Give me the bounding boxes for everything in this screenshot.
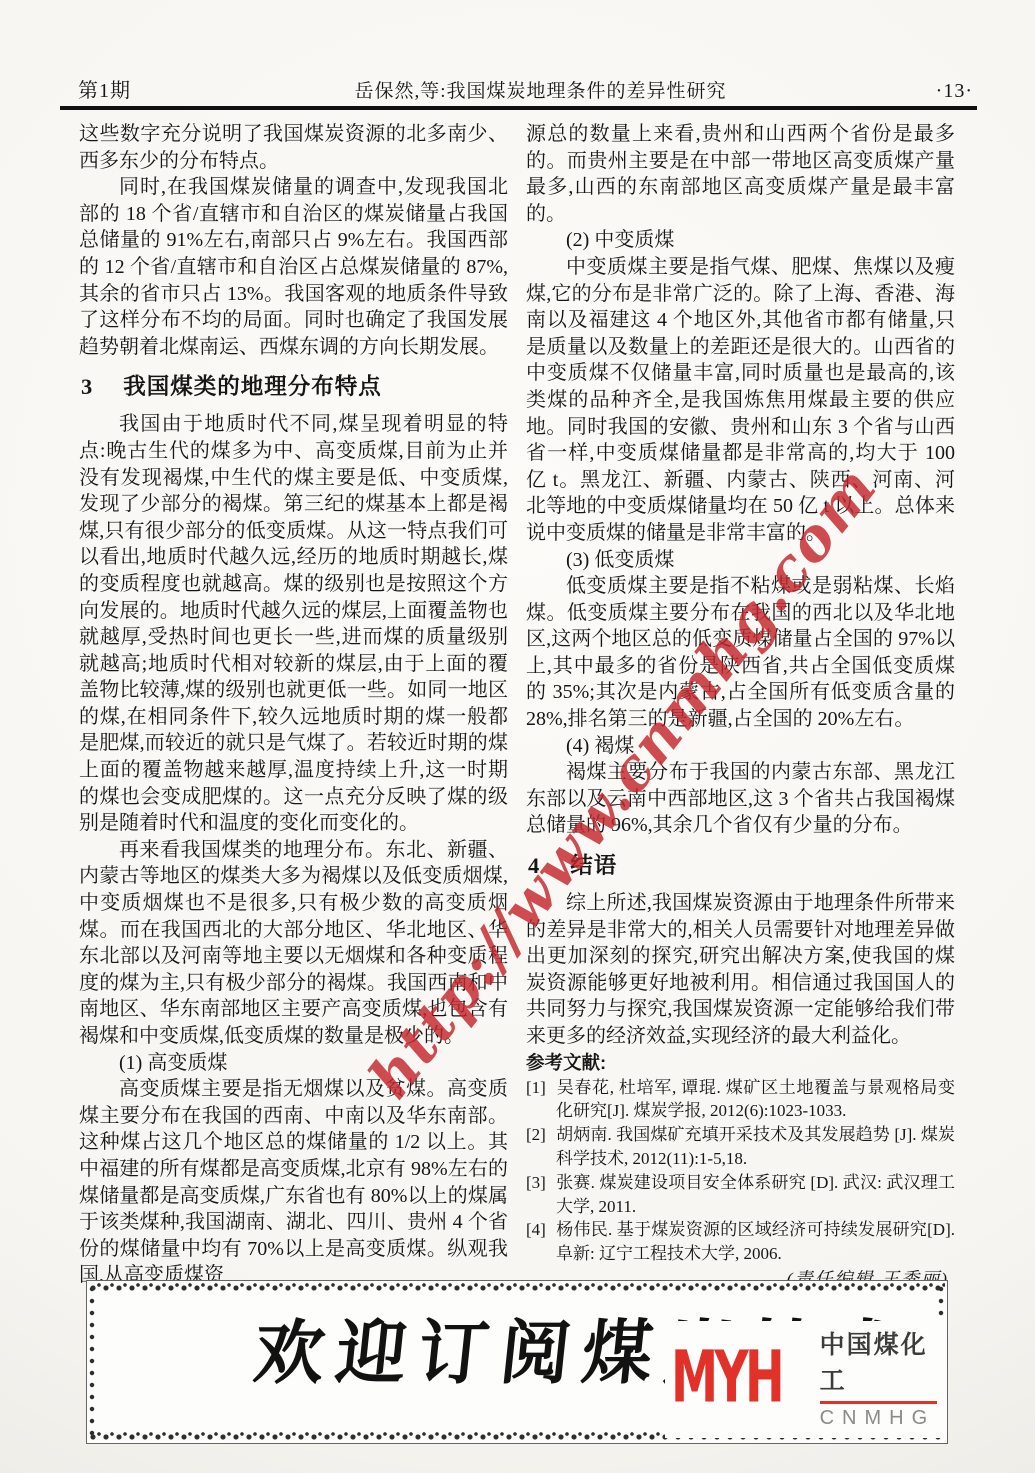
paragraph: 再来看我国煤类的地理分布。东北、新疆、内蒙古等地区的煤类大多为褐煤以及低变质烟煤… <box>79 837 508 1050</box>
running-title: 岳保然,等:我国煤炭地理条件的差异性研究 <box>168 76 913 103</box>
paragraph: 这些数字充分说明了我国煤炭资源的北多南少、西多东少的分布特点。 <box>79 121 508 174</box>
paragraph: 同时,在我国煤炭储量的调查中,发现我国北部的 18 个省/直辖市和自治区的煤炭储… <box>79 174 508 360</box>
cnmhg-logo-icon: MYH <box>671 1342 781 1414</box>
section-number: 3 <box>81 372 93 402</box>
lace-border-left <box>87 1283 98 1441</box>
page-header: 第1期 岳保然,等:我国煤炭地理条件的差异性研究 ·13· <box>78 74 973 109</box>
subscription-banner: 欢迎订阅煤炭技术 MYH 中国煤化工 CNMHG <box>86 1280 948 1444</box>
subheading-2: (2) 中变质煤 <box>526 227 955 254</box>
paragraph: 中变质煤主要是指气煤、肥煤、焦煤以及瘦煤,它的分布是非常广泛的。除了上海、香港、… <box>526 254 955 547</box>
lace-border-top <box>89 1281 945 1294</box>
right-column: 源总的数量上来看,贵州和山西两个省份是最多的。而贵州主要是在中部一带地区高变质煤… <box>526 121 955 1293</box>
paragraph: 综上所述,我国煤炭资源由于地理条件所带来的差异是非常大的,相关人员需要针对地理差… <box>526 890 955 1050</box>
cnmhg-logo-text: 中国煤化工 CNMHG <box>820 1325 937 1430</box>
section-title: 结语 <box>570 851 617 881</box>
page-number: ·13· <box>913 80 973 103</box>
subheading-1: (1) 高变质煤 <box>79 1050 508 1077</box>
subheading-3: (3) 低变质煤 <box>526 547 955 574</box>
logo-en-name: CNMHG <box>820 1407 937 1430</box>
issue-label: 第1期 <box>78 74 168 103</box>
reference-number: [3] <box>526 1171 556 1195</box>
paragraph: 褐煤主要分布于我国的内蒙古东部、黑龙江东部以及云南中西部地区,这 3 个省共占我… <box>526 759 955 839</box>
paragraph: 我国由于地质时代不同,煤呈现着明显的特点:晚古生代的煤多为中、高变质煤,目前为止… <box>79 411 508 837</box>
reference-item: [2]胡炳南. 我国煤矿充填开采技术及其发展趋势 [J]. 煤炭科学技术, 20… <box>526 1123 955 1171</box>
section-number: 4 <box>528 851 540 881</box>
two-column-body: 这些数字充分说明了我国煤炭资源的北多南少、西多东少的分布特点。 同时,在我国煤炭… <box>79 121 955 1293</box>
logo-red-rule <box>820 1401 937 1404</box>
reference-item: [4]杨伟民. 基于煤炭资源的区域经济可持续发展研究[D]. 阜新: 辽宁工程技… <box>526 1218 955 1266</box>
header-rule <box>60 106 977 110</box>
left-column: 这些数字充分说明了我国煤炭资源的北多南少、西多东少的分布特点。 同时,在我国煤炭… <box>79 121 508 1289</box>
section-title: 我国煤类的地理分布特点 <box>123 372 382 402</box>
reference-item: [1]吴春花, 杜培军, 谭琨. 煤矿区土地覆盖与景观格局变化研究[J]. 煤炭… <box>526 1076 955 1124</box>
reference-item: [3]张赛. 煤炭建设项目安全体系研究 [D]. 武汉: 武汉理工大学, 201… <box>526 1171 955 1219</box>
references-heading: 参考文献: <box>526 1050 955 1076</box>
reference-text: 吴春花, 杜培军, 谭琨. 煤矿区土地覆盖与景观格局变化研究[J]. 煤炭学报,… <box>556 1078 955 1121</box>
section-heading-4: 4 结语 <box>526 851 955 881</box>
cnmhg-logo: MYH 中国煤化工 CNMHG <box>665 1321 947 1438</box>
reference-number: [1] <box>526 1076 556 1100</box>
reference-text: 杨伟民. 基于煤炭资源的区域经济可持续发展研究[D]. 阜新: 辽宁工程技术大学… <box>556 1220 955 1263</box>
reference-number: [2] <box>526 1123 556 1147</box>
paragraph: 源总的数量上来看,贵州和山西两个省份是最多的。而贵州主要是在中部一带地区高变质煤… <box>526 121 955 227</box>
section-heading-3: 3 我国煤类的地理分布特点 <box>79 372 508 402</box>
subheading-4: (4) 褐煤 <box>526 733 955 760</box>
scanned-paper-page: 第1期 岳保然,等:我国煤炭地理条件的差异性研究 ·13· 这些数字充分说明了我… <box>0 0 1035 1473</box>
paragraph: 低变质煤主要是指不粘煤或是弱粘煤、长焰煤。低变质煤主要分布在我国的西北以及华北地… <box>526 573 955 733</box>
paragraph: 高变质煤主要是指无烟煤以及贫煤。高变质煤主要分布在我国的西南、中南以及华东南部。… <box>79 1076 508 1289</box>
reference-text: 胡炳南. 我国煤矿充填开采技术及其发展趋势 [J]. 煤炭科学技术, 2012(… <box>556 1125 955 1168</box>
logo-cn-name: 中国煤化工 <box>820 1325 937 1397</box>
reference-number: [4] <box>526 1218 556 1242</box>
reference-text: 张赛. 煤炭建设项目安全体系研究 [D]. 武汉: 武汉理工大学, 2011. <box>556 1173 955 1216</box>
